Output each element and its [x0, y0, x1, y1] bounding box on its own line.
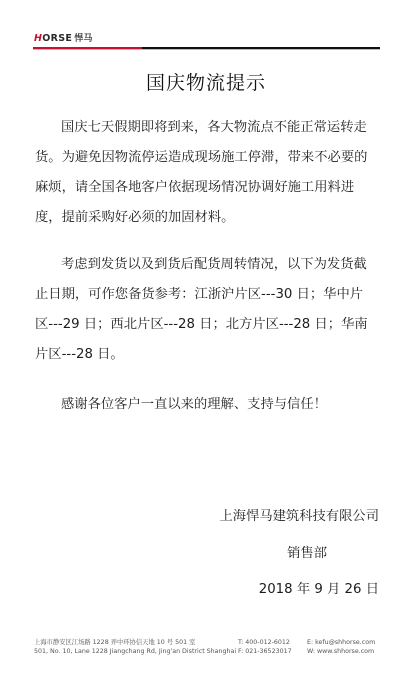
- footer-address-en: 501, No. 10, Lane 1228 Jiangchang Rd, Ji…: [34, 647, 236, 656]
- page-title: 国庆物流提示: [0, 68, 412, 95]
- paragraph-thanks: 感谢各位客户一直以来的理解、支持与信任！: [35, 390, 380, 420]
- footer-address: 上海市静安区江场路 1228 弄中环协信天地 10 号 501 室 501, N…: [34, 638, 236, 656]
- paragraph-notice: 国庆七天假期即将到来，各大物流点不能正常运转走货。为避免因物流停运造成现场施工停…: [35, 113, 380, 233]
- logo-h: H: [34, 34, 42, 44]
- paragraph-deadlines: 考虑到发货以及到货后配货周转情况，以下为发货截止日期，可作您备货参考：江浙沪片区…: [35, 250, 380, 370]
- signature-date: 2018 年 9 月 26 日: [259, 578, 379, 597]
- footer-tel: T: 400-012-6012: [238, 638, 292, 647]
- footer-contact: E: kefu@shhorse.com W: www.shhorse.com: [307, 638, 375, 656]
- footer-email[interactable]: E: kefu@shhorse.com: [307, 638, 375, 647]
- company-logo: HORSE悍马: [34, 34, 93, 44]
- logo-text: ORSE: [42, 34, 72, 44]
- footer-address-cn: 上海市静安区江场路 1228 弄中环协信天地 10 号 501 室: [34, 638, 236, 647]
- footer-web[interactable]: W: www.shhorse.com: [307, 647, 375, 656]
- footer-phone: T: 400-012-6012 F: 021-36523017: [238, 638, 292, 656]
- logo-cn: 悍马: [74, 34, 93, 44]
- footer-fax: F: 021-36523017: [238, 647, 292, 656]
- signature-department: 销售部: [287, 542, 327, 561]
- signature-company: 上海悍马建筑科技有限公司: [219, 505, 379, 524]
- header-rule-shadow: [33, 49, 380, 50]
